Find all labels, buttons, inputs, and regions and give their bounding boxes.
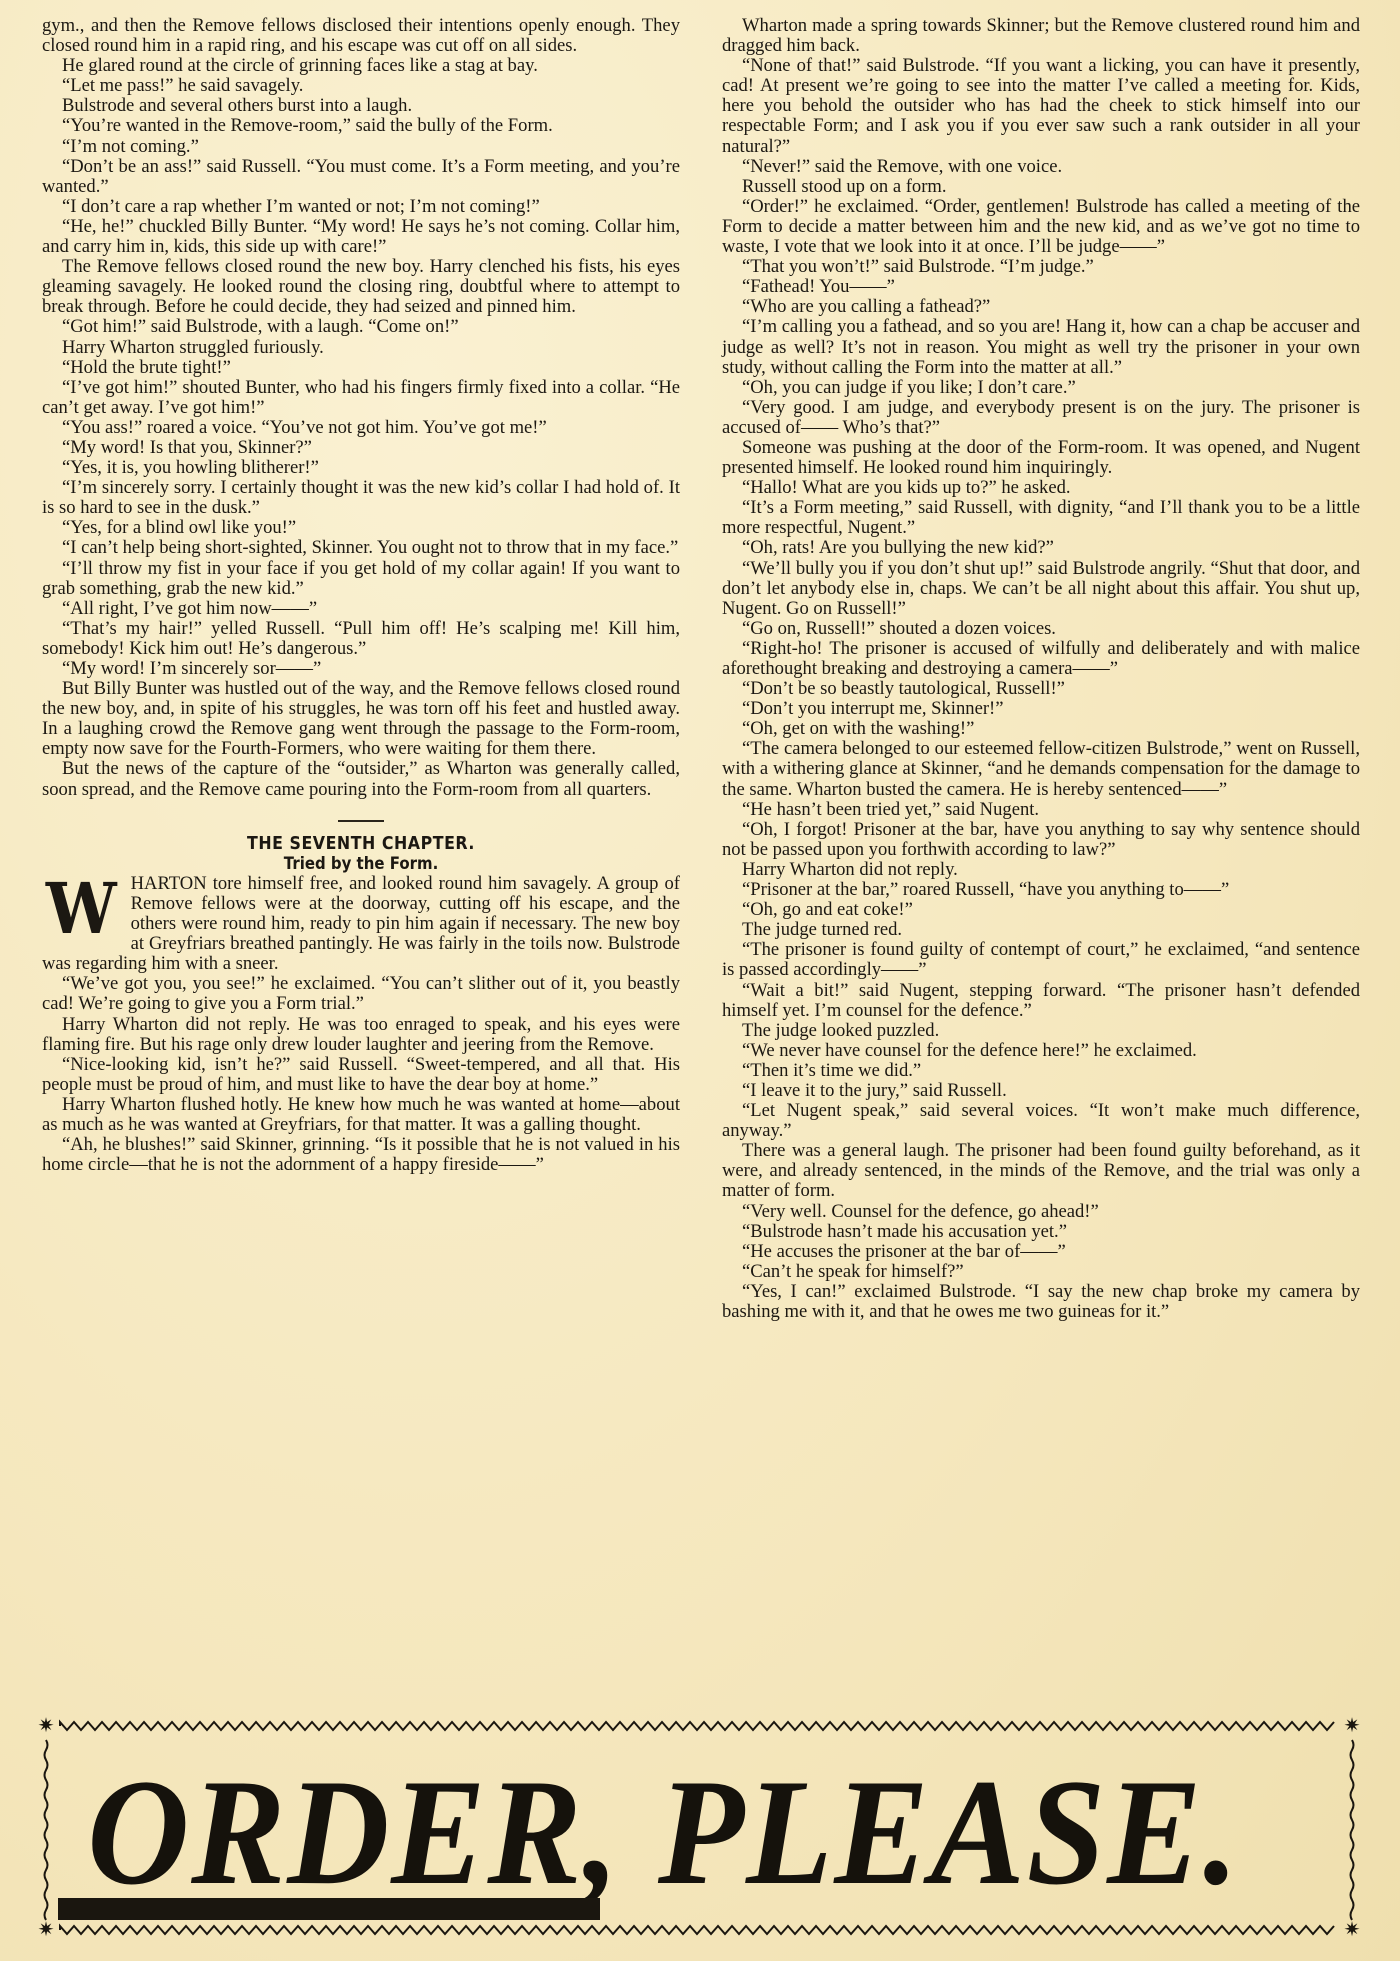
story-paragraph: “It’s a Form meeting,” said Russell, wit… — [722, 498, 1360, 538]
story-paragraph: “He hasn’t been tried yet,” said Nugent. — [722, 800, 1360, 820]
story-paragraph: Russell stood up on a form. — [722, 177, 1360, 197]
story-paragraph: “Fathead! You——” — [722, 277, 1360, 297]
right-column: Wharton made a spring towards Skinner; b… — [722, 16, 1360, 1322]
story-paragraph: “Don’t you interrupt me, Skinner!” — [722, 699, 1360, 719]
story-paragraph: “Ah, he blushes!” said Skinner, grinning… — [42, 1135, 680, 1175]
story-paragraph: “Never!” said the Remove, with one voice… — [722, 157, 1360, 177]
asterisk-ornament-icon: ✷ — [1344, 1917, 1361, 1941]
left-paragraphs-after-chapter: “We’ve got you, you see!” he exclaimed. … — [42, 974, 680, 1175]
story-paragraph: “You ass!” roared a voice. “You’ve not g… — [42, 418, 680, 438]
story-paragraph: “Oh, I forgot! Prisoner at the bar, have… — [722, 820, 1360, 860]
left-column: gym., and then the Remove fellows disclo… — [42, 16, 680, 1175]
story-paragraph: “My word! Is that you, Skinner?” — [42, 438, 680, 458]
story-paragraph: “I can’t help being short-sighted, Skinn… — [42, 538, 680, 558]
story-paragraph: “Order!” he exclaimed. “Order, gentlemen… — [722, 197, 1360, 257]
story-paragraph: But the news of the capture of the “outs… — [42, 759, 680, 799]
story-paragraph: “I’m not coming.” — [42, 137, 680, 157]
story-paragraph: “I don’t care a rap whether I’m wanted o… — [42, 197, 680, 217]
story-paragraph: “You’re wanted in the Remove-room,” said… — [42, 116, 680, 136]
story-paragraph: “Who are you calling a fathead?” — [722, 297, 1360, 317]
story-paragraph: “Prisoner at the bar,” roared Russell, “… — [722, 880, 1360, 900]
story-paragraph: “Don’t be an ass!” said Russell. “You mu… — [42, 157, 680, 197]
story-paragraph: Bulstrode and several others burst into … — [42, 96, 680, 116]
story-paragraph: Wharton made a spring towards Skinner; b… — [722, 16, 1360, 56]
story-paragraph: “I’ll throw my fist in your face if you … — [42, 559, 680, 599]
story-paragraph: “That’s my hair!” yelled Russell. “Pull … — [42, 619, 680, 659]
story-paragraph: The judge turned red. — [722, 920, 1360, 940]
story-paragraph: “Go on, Russell!” shouted a dozen voices… — [722, 619, 1360, 639]
story-paragraph: “He accuses the prisoner at the bar of——… — [722, 1242, 1360, 1262]
story-paragraph: “Hallo! What are you kids up to?” he ask… — [722, 478, 1360, 498]
chapter-opening-paragraph: WHARTON tore himself free, and looked ro… — [42, 874, 680, 974]
story-paragraph: Harry Wharton did not reply. He was too … — [42, 1015, 680, 1055]
story-paragraph: “Then it’s time we did.” — [722, 1061, 1360, 1081]
story-paragraph: gym., and then the Remove fellows disclo… — [42, 16, 680, 56]
story-paragraph: “Let Nugent speak,” said several voices.… — [722, 1101, 1360, 1141]
story-paragraph: “Oh, you can judge if you like; I don’t … — [722, 378, 1360, 398]
story-paragraph: “Oh, get on with the washing!” — [722, 719, 1360, 739]
story-paragraph: “My word! I’m sincerely sor——” — [42, 659, 680, 679]
story-paragraph: “Right-ho! The prisoner is accused of wi… — [722, 639, 1360, 679]
story-paragraph: “All right, I’ve got him now——” — [42, 599, 680, 619]
story-paragraph: “Hold the brute tight!” — [42, 358, 680, 378]
story-paragraph: “I’m calling you a fathead, and so you a… — [722, 317, 1360, 377]
story-paragraph: “He, he!” chuckled Billy Bunter. “My wor… — [42, 217, 680, 257]
story-paragraph: “We’ll bully you if you don’t shut up!” … — [722, 559, 1360, 619]
story-paragraph: “Bulstrode hasn’t made his accusation ye… — [722, 1222, 1360, 1242]
story-paragraph: “Don’t be so beastly tautological, Russe… — [722, 679, 1360, 699]
story-paragraph: The Remove fellows closed round the new … — [42, 257, 680, 317]
story-paragraph: He glared round at the circle of grinnin… — [42, 56, 680, 76]
order-please-banner: ✷✷✷✷ ORDER, PLEASE. — [34, 1712, 1364, 1944]
story-paragraph: “Yes, it is, you howling blitherer!” — [42, 458, 680, 478]
story-paragraph: “Very good. I am judge, and everybody pr… — [722, 398, 1360, 438]
story-paragraph: “The prisoner is found guilty of contemp… — [722, 940, 1360, 980]
newspaper-page: gym., and then the Remove fellows disclo… — [0, 0, 1400, 1961]
right-paragraphs: Wharton made a spring towards Skinner; b… — [722, 16, 1360, 1322]
story-paragraph: There was a general laugh. The prisoner … — [722, 1141, 1360, 1201]
asterisk-ornament-icon: ✷ — [1344, 1713, 1361, 1737]
asterisk-ornament-icon: ✷ — [38, 1917, 55, 1941]
opening-paragraph-text: HARTON tore himself free, and looked rou… — [42, 873, 680, 974]
story-paragraph: “None of that!” said Bulstrode. “If you … — [722, 56, 1360, 156]
story-paragraph: “I’m sincerely sorry. I certainly though… — [42, 478, 680, 518]
story-paragraph: “Oh, go and eat coke!” — [722, 900, 1360, 920]
asterisk-ornament-icon: ✷ — [38, 1713, 55, 1737]
story-paragraph: But Billy Bunter was hustled out of the … — [42, 679, 680, 759]
story-paragraph: Someone was pushing at the door of the F… — [722, 438, 1360, 478]
banner-title: ORDER, PLEASE. — [64, 1762, 1264, 1902]
story-paragraph: “Nice-looking kid, isn’t he?” said Russe… — [42, 1055, 680, 1095]
story-paragraph: “Yes, for a blind owl like you!” — [42, 518, 680, 538]
story-paragraph: “Wait a bit!” said Nugent, stepping forw… — [722, 981, 1360, 1021]
story-paragraph: “Can’t he speak for himself?” — [722, 1262, 1360, 1282]
story-paragraph: The judge looked puzzled. — [722, 1021, 1360, 1041]
story-paragraph: “I’ve got him!” shouted Bunter, who had … — [42, 378, 680, 418]
story-paragraph: “That you won’t!” said Bulstrode. “I’m j… — [722, 257, 1360, 277]
story-paragraph: Harry Wharton did not reply. — [722, 860, 1360, 880]
story-paragraph: “I leave it to the jury,” said Russell. — [722, 1081, 1360, 1101]
chapter-title: THE SEVENTH CHAPTER. — [80, 834, 641, 854]
story-paragraph: “We never have counsel for the defence h… — [722, 1041, 1360, 1061]
banner-underline-bar — [58, 1898, 600, 1920]
story-paragraph: “Got him!” said Bulstrode, with a laugh.… — [42, 317, 680, 337]
drop-cap: W — [46, 878, 117, 938]
chapter-separator-rule — [338, 820, 384, 822]
story-paragraph: “The camera belonged to our esteemed fel… — [722, 739, 1360, 799]
chapter-subtitle: Tried by the Form. — [80, 854, 641, 874]
story-paragraph: “Oh, rats! Are you bullying the new kid?… — [722, 538, 1360, 558]
story-paragraph: “Yes, I can!” exclaimed Bulstrode. “I sa… — [722, 1282, 1360, 1322]
story-paragraph: “Let me pass!” he said savagely. — [42, 76, 680, 96]
story-paragraph: “Very well. Counsel for the defence, go … — [722, 1202, 1360, 1222]
story-paragraph: Harry Wharton flushed hotly. He knew how… — [42, 1095, 680, 1135]
story-paragraph: Harry Wharton struggled furiously. — [42, 338, 680, 358]
story-paragraph: “We’ve got you, you see!” he exclaimed. … — [42, 974, 680, 1014]
left-paragraphs-before-chapter: gym., and then the Remove fellows disclo… — [42, 16, 680, 800]
